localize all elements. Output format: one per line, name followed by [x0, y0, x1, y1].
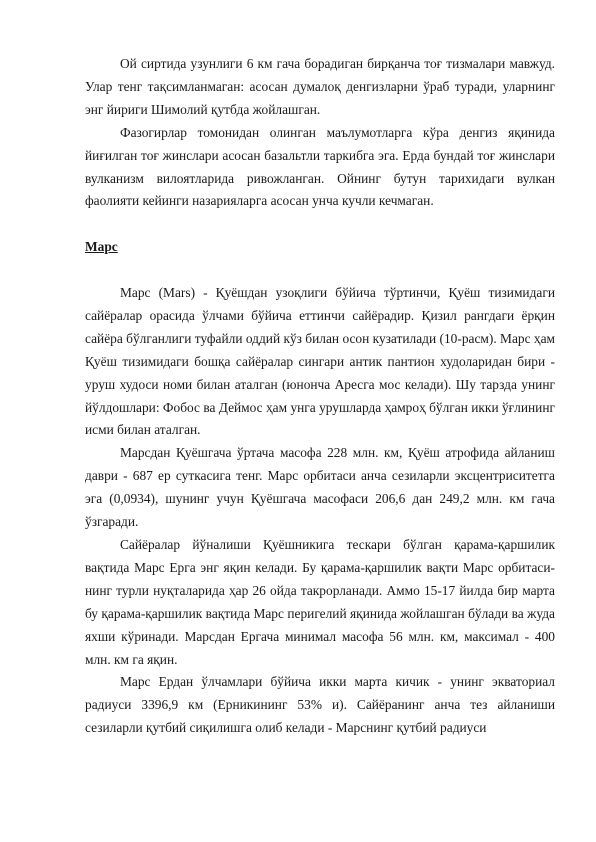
document-page: Ой сиртида узунлиги 6 км гача борадиган … — [85, 53, 555, 740]
paragraph-mars-size: Марс Ердан ўлчамлари бўйича икки марта к… — [85, 671, 555, 740]
spacer — [85, 213, 555, 236]
paragraph-moon-mountains: Ой сиртида узунлиги 6 км гача борадиган … — [85, 53, 555, 122]
paragraph-moon-rocks: Фазогирлар томонидан олинган маълумотлар… — [85, 122, 555, 214]
paragraph-mars-opposition: Сайёралар йўналиши Қуёшникига тескари бў… — [85, 534, 555, 671]
paragraph-mars-intro: Марс (Mars) - Қуёшдан узоқлиги бўйича тў… — [85, 282, 555, 442]
section-heading-mars: Марс — [85, 236, 555, 259]
paragraph-mars-orbit: Марсдан Қуёшгача ўртача масофа 228 млн. … — [85, 442, 555, 534]
spacer — [85, 259, 555, 282]
